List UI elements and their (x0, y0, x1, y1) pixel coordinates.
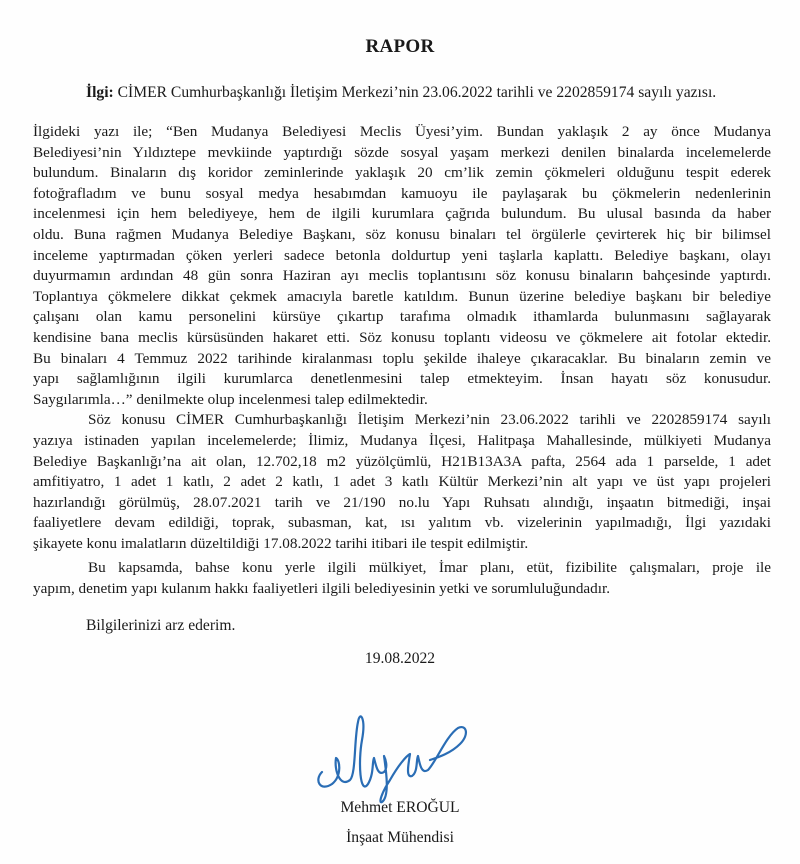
complaint-text-line: Bu binaları 4 Temmuz 2022 tarihinde kira… (33, 349, 771, 370)
findings-text-line: amfitiyatro, 1 adet 1 katlı, 2 adet 2 ka… (33, 472, 771, 493)
findings-text-line: faaliyetlere devam edildiği, toprak, sub… (33, 513, 771, 534)
complaint-text-line: Toplantıya çökmelere dikkat çekmek amacı… (33, 287, 771, 308)
complaint-text-line: kendisine bana meclis kürsüsünden hakare… (33, 328, 771, 349)
subject-text: CİMER Cumhurbaşkanlığı İletişim Merkezi’… (114, 84, 716, 101)
signer-name: Mehmet EROĞUL (0, 799, 800, 817)
responsibility-paragraph: Bu kapsamda, bahse konu yerle ilgili mül… (33, 558, 771, 599)
findings-text-line: hazırlandığı görülmüş, 28.07.2021 tarih … (33, 493, 771, 514)
complaint-text-line: Belediyesi’nin Yıldıztepe mevkiinde yapt… (33, 143, 771, 164)
complaint-text-line: Saygılarımla…” denilmekte olup incelenme… (33, 390, 771, 411)
document-title: RAPOR (0, 36, 800, 58)
complaint-text-line: İlgideki yazı ile; “Ben Mudanya Belediye… (33, 122, 771, 143)
findings-text-line: yazıya istinaden yapılan incelemelerde; … (33, 431, 771, 452)
complaint-text-line: oldu. Buna rağmen Mudanya Belediye Başka… (33, 225, 771, 246)
complaint-text-line: inceleme yaptırmadan çöken yerleri sadec… (33, 246, 771, 267)
complaint-text-line: duyurmamın ardından 48 gün sonra Haziran… (33, 266, 771, 287)
complaint-text-line: fotoğrafladım ve bunu sosyal medya hesab… (33, 184, 771, 205)
report-body: İlgideki yazı ile; “Ben Mudanya Belediye… (33, 122, 771, 554)
complaint-text-line: incelenmesi için hem belediyeye, hem de … (33, 204, 771, 225)
responsibility-text-line: yapım, denetim yapı kulanım hakkı faaliy… (33, 579, 771, 600)
findings-text-line: Söz konusu CİMER Cumhurbaşkanlığı İletiş… (33, 410, 771, 431)
subject-label: İlgi: (86, 84, 114, 101)
subject-line: İlgi: CİMER Cumhurbaşkanlığı İletişim Me… (86, 84, 786, 102)
report-date: 19.08.2022 (0, 650, 800, 668)
signer-title: İnşaat Mühendisi (0, 829, 800, 847)
report-page: RAPOR İlgi: CİMER Cumhurbaşkanlığı İleti… (0, 0, 800, 864)
complaint-text-line: bulundum. Binaların dış koridor zeminler… (33, 163, 771, 184)
complaint-text-line: çalışanı olan kamu personelini kürsüye ç… (33, 307, 771, 328)
responsibility-text-line: Bu kapsamda, bahse konu yerle ilgili mül… (33, 558, 771, 579)
signature-icon (310, 700, 490, 810)
closing-line: Bilgilerinizi arz ederim. (86, 617, 235, 635)
findings-text-line: şikayete konu imalatların düzeltildiği 1… (33, 534, 771, 555)
findings-text-line: Belediye Başkanlığı’na ait olan, 12.702,… (33, 452, 771, 473)
complaint-text-line: yapı sağlamlığının ilgili kurumlarca den… (33, 369, 771, 390)
